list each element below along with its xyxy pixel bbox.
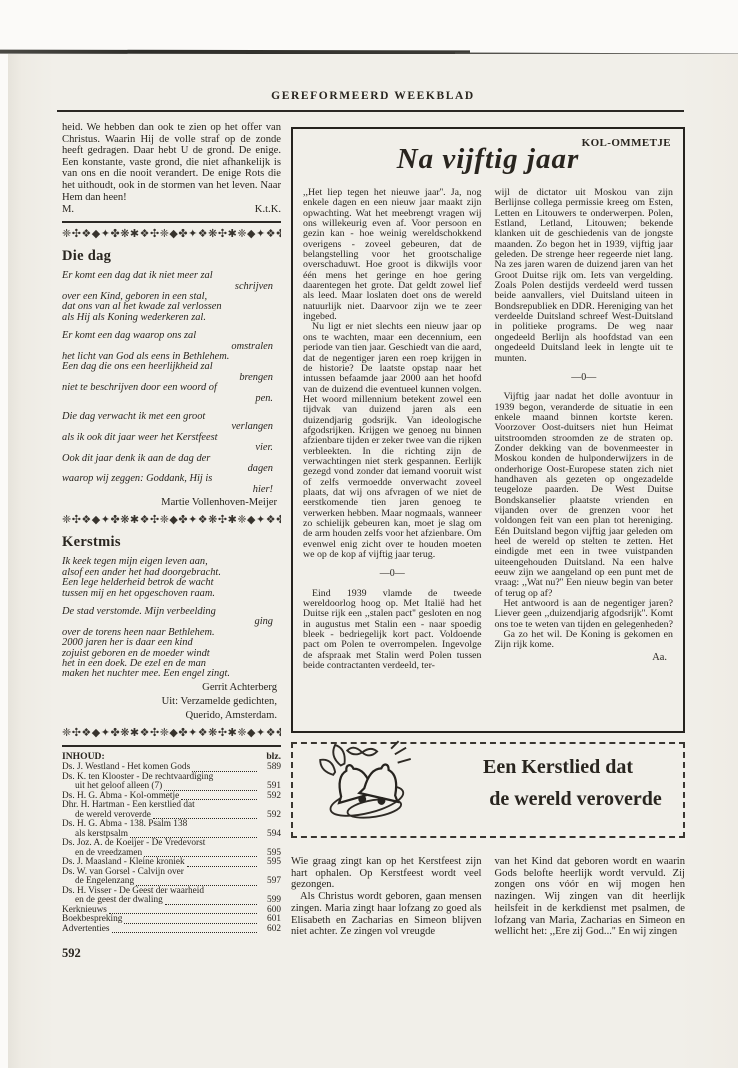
toc-page-number: 595 [259, 858, 281, 868]
poem-line: Een lege helderheid betrok de wacht [62, 578, 281, 588]
die-dag-heading: Die dag [62, 248, 281, 265]
ornament-border-icon: ❈✣❖◆✦✤❋✱❖✣❈◆✤✦❖❋✣✱❈◆✦❖✤❋✱❈✦ [62, 726, 281, 739]
poem-line: tussen mij en het opgeschoven raam. [62, 589, 281, 599]
poem-line: als Hij als Koning wederkeren zal. [62, 313, 281, 323]
magazine-page: GEREFORMEERD WEEKBLAD heid. We hebben da… [8, 54, 738, 1068]
toc-dot-leader [109, 913, 257, 914]
article-column-2: wijl de dictator uit Moskou van zijn Ber… [495, 188, 674, 671]
toc-page-number: 592 [259, 811, 281, 821]
toc-dot-leader [124, 923, 257, 924]
kerstmis-source-line: Querido, Amsterdam. [62, 710, 281, 722]
intro-signature-row: M. K.t.K. [62, 204, 281, 215]
article-paragraph: wijl de dictator uit Moskou van zijn Ber… [495, 188, 674, 364]
section-separator: —0— [495, 373, 674, 383]
left-column: heid. We hebben dan ook te zien op het o… [62, 122, 281, 934]
kerstmis-source-line: Uit: Verzamelde gedichten, [62, 696, 281, 708]
article-paragraph: Vijftig jaar nadat het dolle avontuur in… [495, 392, 674, 599]
section-separator: —0— [303, 569, 482, 579]
die-dag-poem: Er komt een dag dat ik niet meer zalschr… [62, 271, 281, 495]
page-number: 592 [62, 946, 81, 961]
poem-line: hier! [62, 485, 281, 495]
poem-line: niet te beschrijven door een woord of [62, 383, 281, 393]
kerstmis-heading: Kerstmis [62, 534, 281, 551]
article-signature: Aa. [495, 653, 674, 663]
masthead-rule [57, 110, 684, 112]
intro-signature-left: M. [62, 204, 74, 215]
die-dag-author: Martie Vollenhoven-Meijer [62, 497, 281, 509]
divider-rule [62, 221, 281, 223]
toc-dot-leader [187, 866, 257, 867]
toc-entry-text: Advertenties [62, 925, 110, 935]
article-columns: ,,Het liep tegen het nieuwe jaar''. Ja, … [303, 188, 673, 671]
kerstlied-article-columns: Wie graag zingt kan op het Kerstfeest zi… [291, 856, 685, 938]
ornament-border-icon: ❈✣❖◆✦✤❋✱❖✣❈◆✤✦❖❋✣✱❈◆✦❖✤❋✱❈✦ [62, 513, 281, 526]
poem-line: 2000 jaren her is daar een kind [62, 638, 281, 648]
article-paragraph: Het antwoord is aan de negentiger jaren?… [495, 599, 674, 630]
inhoud-header-row: INHOUD: blz. [62, 752, 281, 762]
christmas-bells-illustration [309, 738, 421, 834]
toc-page-number: 589 [259, 763, 281, 773]
kerstlied-column-1: Wie graag zingt kan op het Kerstfeest zi… [291, 856, 482, 938]
article-kicker: KOL-OMMETJE [582, 137, 671, 149]
article-paragraph: ,,Het liep tegen het nieuwe jaar''. Ja, … [303, 188, 482, 322]
toc-row: Advertenties602 [62, 925, 281, 935]
toc-page-number: 597 [259, 877, 281, 887]
kerstmis-poem: Ik keek tegen mijn eigen leven aan,alsof… [62, 557, 281, 679]
toc-page-number: 602 [259, 925, 281, 935]
inhoud-page-column-header: blz. [266, 752, 281, 762]
kerstmis-author: Gerrit Achterberg [62, 682, 281, 694]
kerstlied-paragraph: Wie graag zingt kan op het Kerstfeest zi… [291, 856, 482, 891]
scanned-magazine-screenshot: { "page": { "masthead": "GEREFORMEERD WE… [0, 0, 738, 1068]
article-column-1: ,,Het liep tegen het nieuwe jaar''. Ja, … [303, 188, 482, 671]
ornament-border-icon: ❈✣❖◆✦✤❋✱❖✣❈◆✤✦❖❋✣✱❈◆✦❖✤❋✱❈✦ [62, 227, 281, 240]
inhoud-table: INHOUD: blz. Ds. J. Westland - Het komen… [62, 752, 281, 935]
inhoud-rows: Ds. J. Westland - Het komen Gods589Ds. K… [62, 763, 281, 934]
inhoud-title: INHOUD: [62, 752, 105, 762]
poem-line: waarop wij zeggen: Goddank, Hij is [62, 474, 281, 484]
poem-line: pen. [62, 394, 281, 404]
scanner-background [0, 0, 738, 54]
masthead-title: GEREFORMEERD WEEKBLAD [8, 90, 738, 102]
poem-line: maken het nuchter mee. Een engel zingt. [62, 669, 281, 679]
kol-ommetje-article: KOL-OMMETJE Na vijftig jaar ,,Het liep t… [291, 127, 685, 733]
intro-signature-right: K.t.K. [255, 204, 281, 215]
divider-rule [62, 745, 281, 747]
intro-paragraph: heid. We hebben dan ook te zien op het o… [62, 122, 281, 203]
toc-page-number: 594 [259, 830, 281, 840]
kerstlied-paragraph: Als Christus wordt geboren, gaan mensen … [291, 891, 482, 938]
poem-line: als ik ook dit jaar weer het Kerstfeest [62, 433, 281, 443]
kerstlied-title-box: Een Kerstlied dat de wereld veroverde [291, 742, 685, 838]
kerstlied-paragraph: van het Kind dat geboren wordt en waarin… [495, 856, 686, 938]
poem-line: De stad verstomde. Mijn verbeelding [62, 607, 281, 617]
toc-dot-leader [112, 932, 257, 933]
kerstlied-column-2: van het Kind dat geboren wordt en waarin… [495, 856, 686, 938]
article-paragraph: Eind 1939 vlamde de tweede wereldoorlog … [303, 589, 482, 672]
poem-line: Er komt een dag dat ik niet meer zal [62, 271, 281, 281]
toc-dot-leader [165, 904, 257, 905]
article-paragraph: Nu ligt er niet slechts een nieuw jaar o… [303, 322, 482, 560]
article-paragraph: Ga zo het wil. De Koning is gekomen en Z… [495, 630, 674, 651]
toc-page-number: 592 [259, 792, 281, 802]
